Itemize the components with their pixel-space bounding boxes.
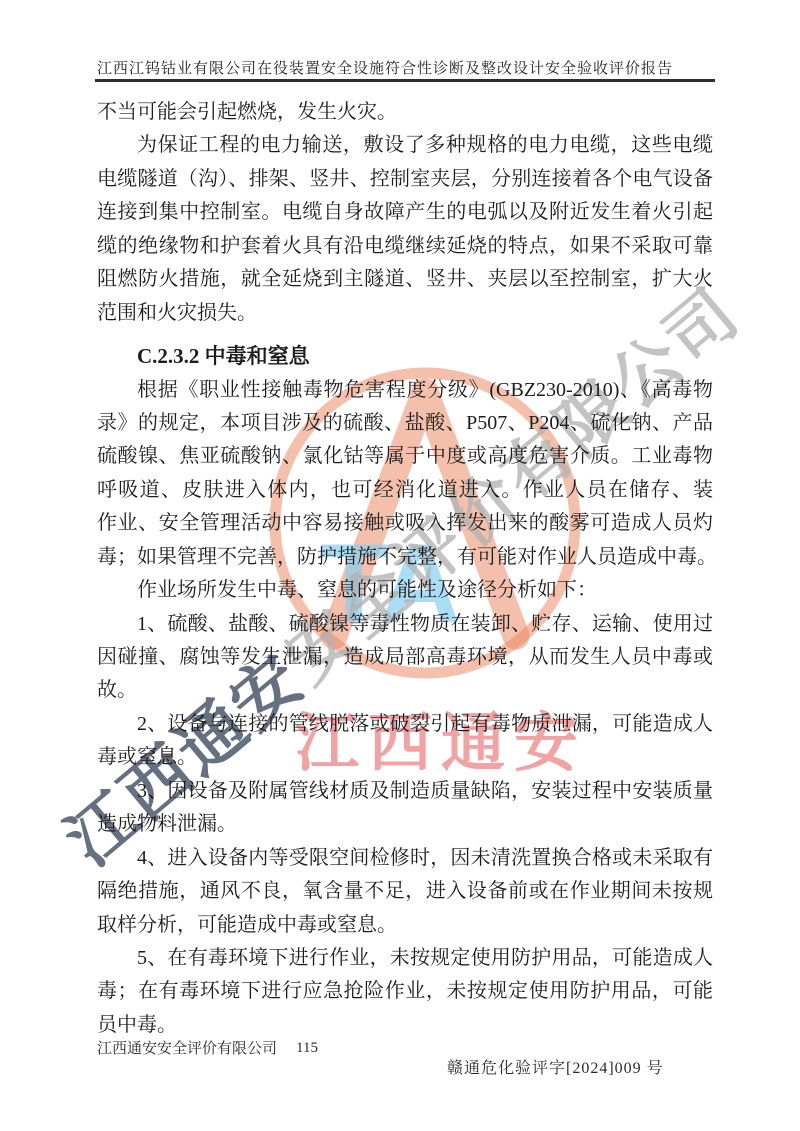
text-line: 因碰撞、腐蚀等发生泄漏，造成局部高毒环境，从而发生人员中毒或窒息事: [97, 641, 713, 674]
text-line: 作业、安全管理活动中容易接触或吸入挥发出来的酸雾可造成人员灼烧状中: [97, 507, 713, 540]
text-line: 3、因设备及附属管线材质及制造质量缺陷，安装过程中安装质量缺陷，: [97, 775, 713, 808]
text-line: 录》的规定，本项目涉及的硫酸、盐酸、P507、P204、硫化钠、产品硫酸钴、: [97, 407, 713, 440]
text-line: 4、进入设备内等受限空间检修时，因未清洗置换合格或未采取有效的: [97, 842, 713, 875]
text-line: 造成物料泄漏。: [97, 808, 713, 841]
text-line: 取样分析，可能造成中毒或窒息。: [97, 909, 713, 942]
text-line: 2、设备与连接的管线脱落或破裂引起有毒物质泄漏，可能造成人员中: [97, 708, 713, 741]
text-line: 1、硫酸、盐酸、硫酸镍等毒性物质在装卸、贮存、运输、使用过程中: [97, 608, 713, 641]
text-line: 5、在有毒环境下进行作业，未按规定使用防护用品，可能造成人员中: [97, 942, 713, 975]
header-rule: [95, 79, 715, 82]
text-line: 毒；在有毒环境下进行应急抢险作业，未按规定使用防护用品，可能造成人: [97, 975, 713, 1008]
footer-page-number: 115: [296, 1040, 318, 1057]
text-line: 根据《职业性接触毒物危害程度分级》(GBZ230-2010)、《高毒物品目: [97, 374, 713, 407]
page-header-title: 江西江钨钴业有限公司在役装置安全设施符合性诊断及整改设计安全验收评价报告: [97, 57, 717, 78]
section-heading: C.2.3.2 中毒和窒息: [97, 340, 713, 373]
text-line: 毒或窒息。: [97, 741, 713, 774]
footer-company: 江西通安安全评价有限公司: [97, 1037, 277, 1058]
text-line: 硫酸镍、焦亚硫酸钠、氯化钴等属于中度或高度危害介质。工业毒物主要经: [97, 440, 713, 473]
text-line: 作业场所发生中毒、窒息的可能性及途径分析如下：: [97, 574, 713, 607]
text-line: 故。: [97, 674, 713, 707]
text-line: 连接到集中控制室。电缆自身故障产生的电弧以及附近发生着火引起电: [97, 196, 713, 229]
text-line: 不当可能会引起燃烧，发生火灾。: [97, 96, 713, 129]
text-line: 隔绝措施，通风不良，氧含量不足，进入设备前或在作业期间未按规定进行: [97, 875, 713, 908]
report-page: TA 江西通安安全评价有限公司 江西通安 江西江钨钴业有限公司在役装置安全设施符…: [0, 0, 800, 1131]
footer-doc-number: 赣通危化验评字[2024]009 号: [447, 1055, 664, 1078]
text-line: 为保证工程的电力输送，敷设了多种规格的电力电缆，这些电缆分布在: [97, 129, 713, 162]
page-content: 江西江钨钴业有限公司在役装置安全设施符合性诊断及整改设计安全验收评价报告 不当可…: [0, 0, 800, 1131]
text-line: 范围和火灾损失。: [97, 297, 713, 330]
text-line: 缆的绝缘物和护套着火具有沿电缆继续延烧的特点，如果不采取可靠的: [97, 230, 713, 263]
body-lines: 不当可能会引起燃烧，发生火灾。为保证工程的电力输送，敷设了多种规格的电力电缆，这…: [97, 96, 713, 1042]
text-line: 阻燃防火措施，就全延烧到主隧道、竖井、夹层以至控制室，扩大火灾: [97, 263, 713, 296]
text-line: 呼吸道、皮肤进入体内，也可经消化道进入。作业人员在储存、装卸、使用: [97, 474, 713, 507]
text-line: 电缆隧道（沟）、排架、竖井、控制室夹层，分别连接着各个电气设备并: [97, 163, 713, 196]
text-line: 毒；如果管理不完善，防护措施不完整，有可能对作业人员造成中毒。: [97, 541, 713, 574]
